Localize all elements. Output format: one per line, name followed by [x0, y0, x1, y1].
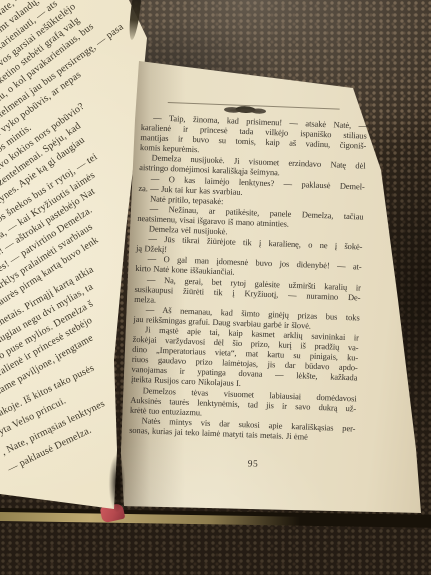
open-book-photo: dusi, Nate, — tarė ik dešimt valandų, ėj…: [0, 0, 431, 575]
floral-flourish-icon: [223, 100, 268, 120]
page-number: 95: [128, 455, 354, 474]
chapter-divider: [168, 97, 340, 113]
gutter-shadow: [108, 446, 126, 514]
right-page-text-block: — Taip, žinoma, kad prisimenu! — atsakė …: [128, 96, 368, 473]
